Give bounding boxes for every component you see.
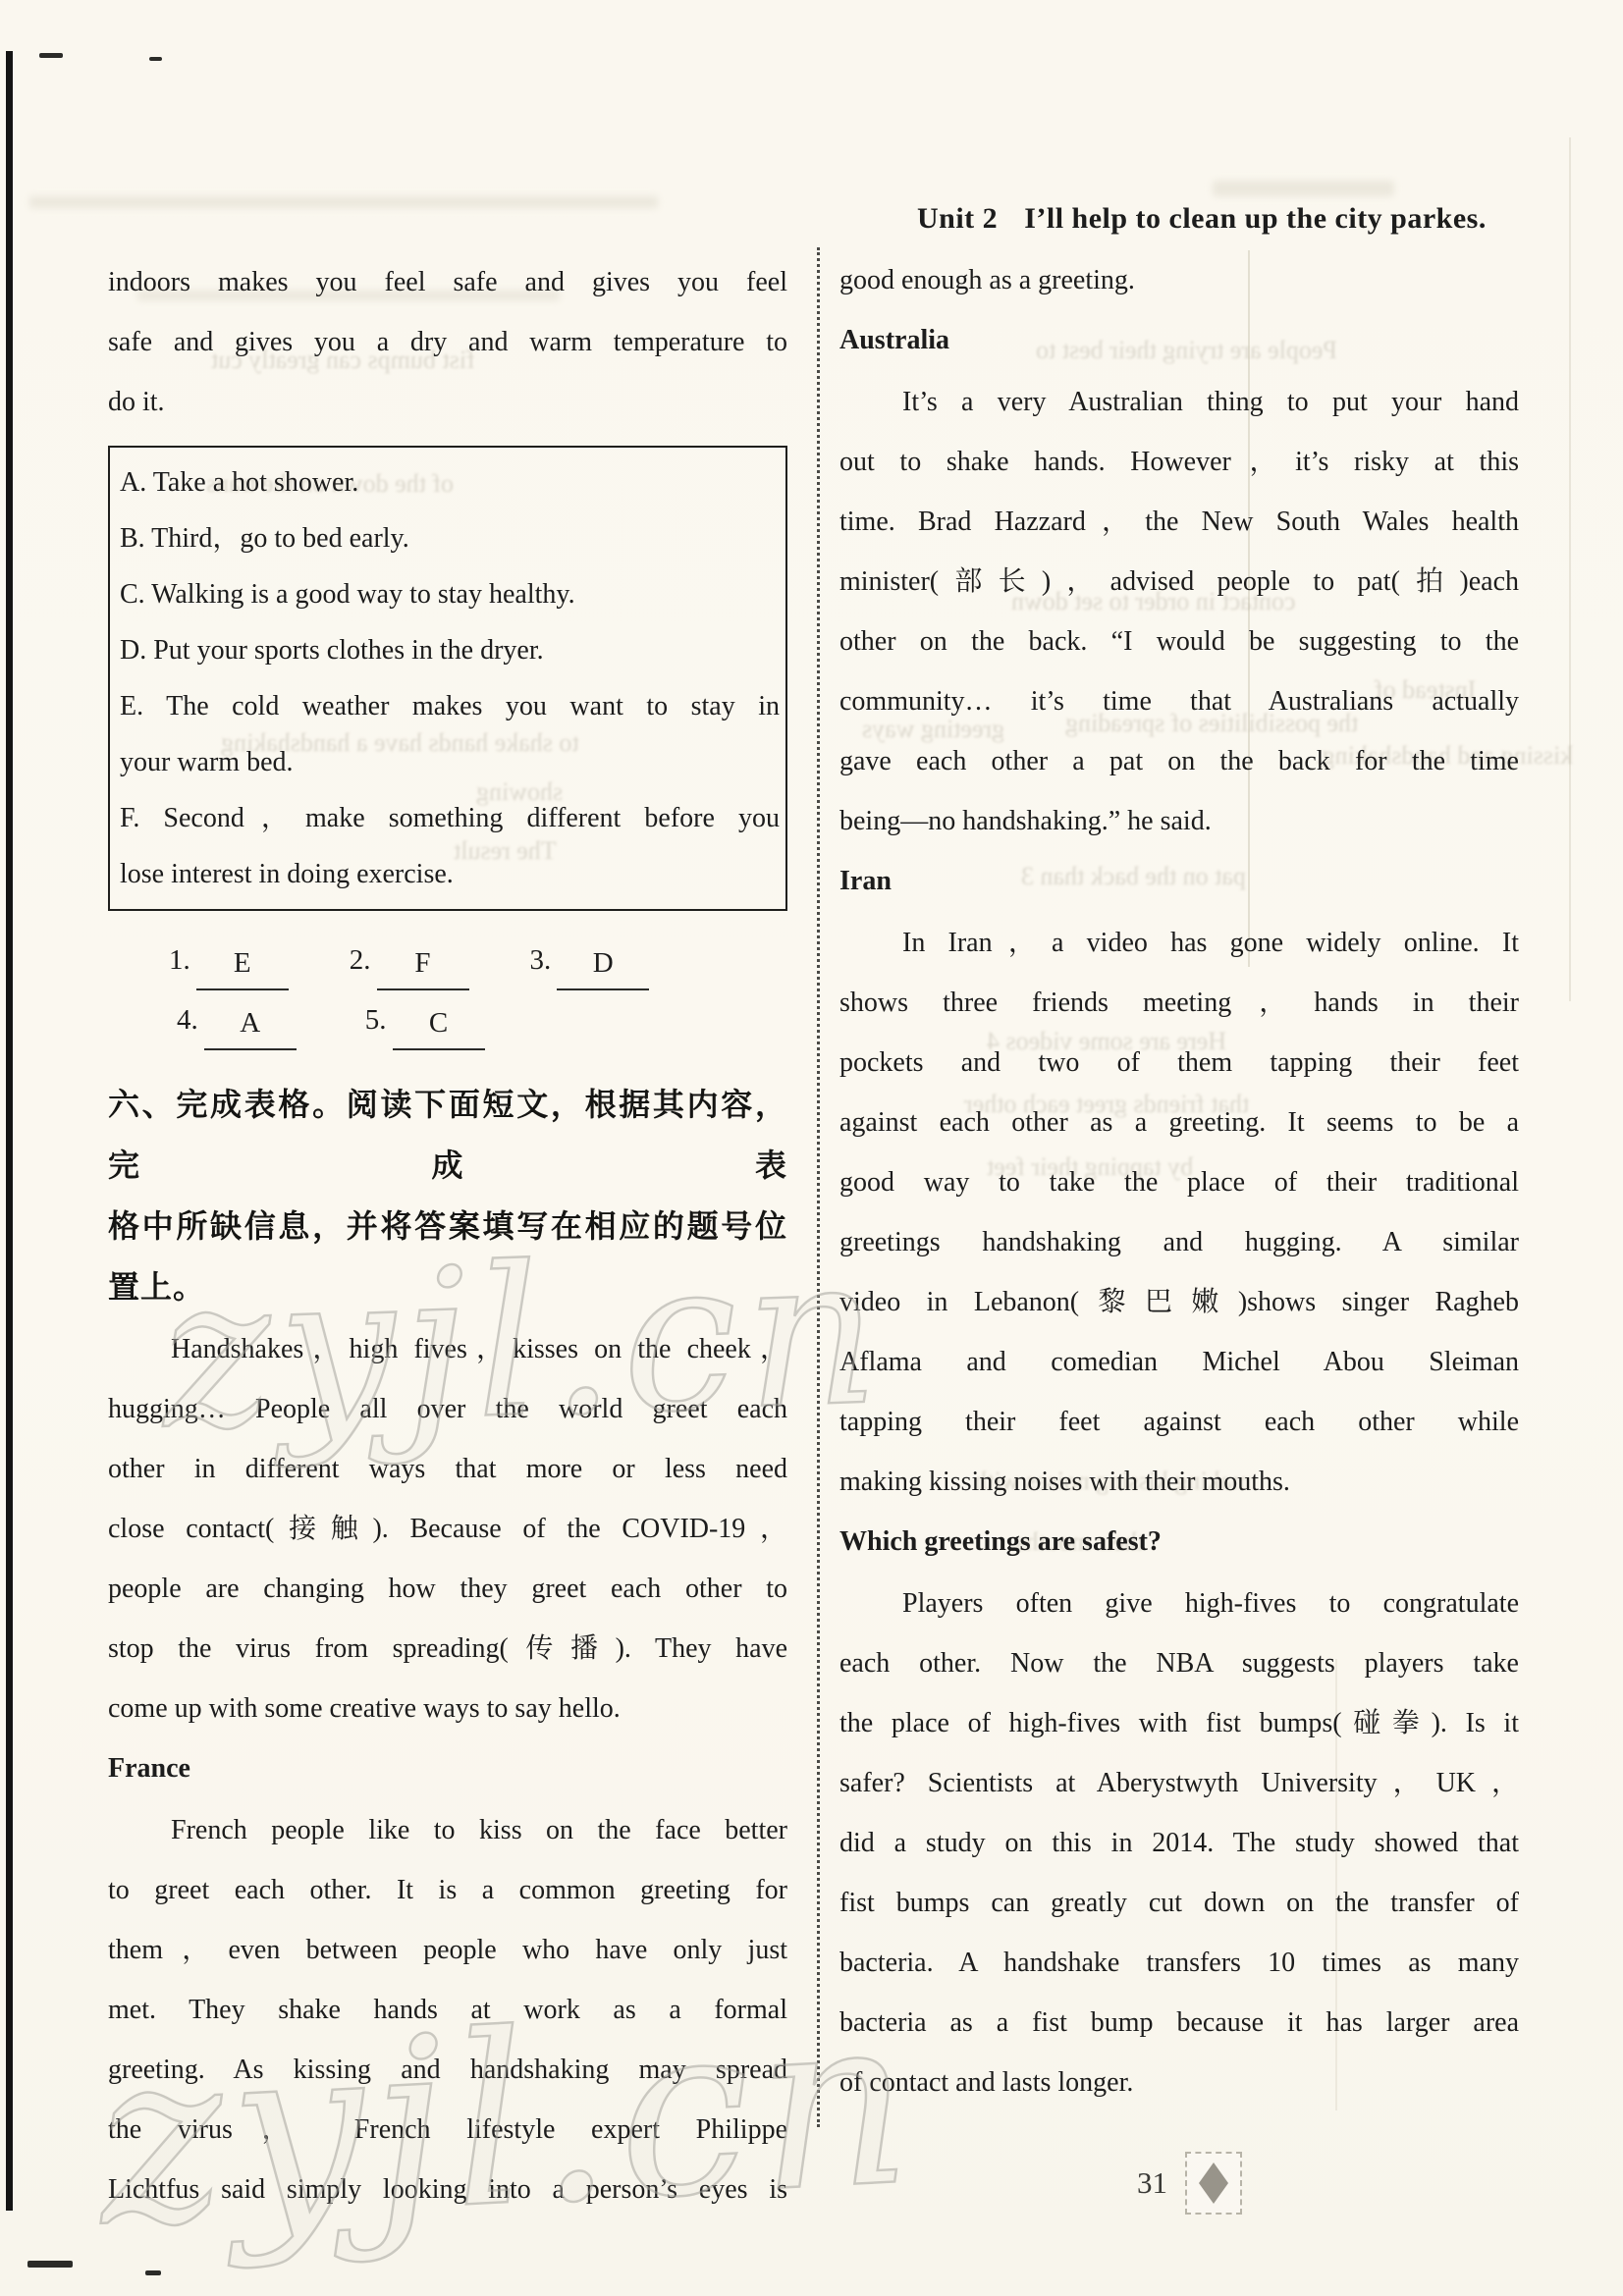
text-line: greetings handshaking and hugging. A sim… [839,1212,1519,1272]
answer-number: 3. [530,931,552,990]
answer-underline: C [393,997,485,1050]
scan-mark [27,2261,73,2268]
option-line: F. Second，make something different befor… [120,790,780,846]
unit-title: I’ll help to clean up the city parkes. [1024,202,1487,235]
answer-item: 1.E [169,931,289,990]
answer-number: 5. [365,990,387,1050]
text-line: good way to take the place of their trad… [839,1152,1519,1212]
section-six-heading: 六、完成表格。阅读下面短文，根据其内容，完成表格中所缺信息，并将答案填写在相应的… [108,1074,787,1317]
scan-mark [39,53,63,58]
page-number: 31 [1137,2165,1167,2201]
text-line: greeting. As kissing and handshaking may… [108,2040,787,2100]
safest-heading: Which greetings are safest? [839,1512,1519,1572]
france-heading: France [108,1738,787,1798]
iran-heading: Iran [839,851,1519,911]
text-line: to greet each other. It is a common gree… [108,1860,787,1920]
option-line: lose interest in doing exercise. [120,846,780,902]
text-line: making kissing noises with their mouths. [839,1452,1519,1512]
text-line: other in different ways that more or les… [108,1439,787,1499]
text-line: of contact and lasts longer. [839,2053,1519,2112]
lead-line: good enough as a greeting. [839,250,1519,310]
text-line: 置上。 [108,1256,787,1317]
text-line: time. Brad Hazzard，the New South Wales h… [839,492,1519,552]
text-line: video in Lebanon(黎巴嫩)shows singer Ragheb [839,1272,1519,1332]
answer-underline: E [196,937,289,990]
iran-paragraph: In Iran，a video has gone widely online. … [839,913,1519,1512]
handshakes-paragraph: Handshakes，high fives，kisses on the chee… [108,1319,787,1738]
text-line: Aflama and comedian Michel Abou Sleiman [839,1332,1519,1392]
text-line: indoors makes you feel safe and gives yo… [108,252,787,312]
australia-paragraph: It’s a very Australian thing to put your… [839,372,1519,851]
answer-item: 5.C [365,990,485,1050]
scan-mark [145,2270,161,2275]
scan-mark [149,57,162,61]
option-line: your warm bed. [120,734,780,790]
text-line: did a study on this in 2014. The study s… [839,1813,1519,1873]
france-paragraph: French people like to kiss on the face b… [108,1800,787,2219]
answer-number: 4. [177,990,198,1050]
unit-number: Unit 2 [917,202,998,235]
text-line: French people like to kiss on the face b… [108,1800,787,1860]
option-line: E. The cold weather makes you want to st… [120,678,780,734]
answer-underline: A [204,997,297,1050]
page-number-badge [1185,2152,1242,2215]
answer-number: 1. [169,931,190,990]
text-line: It’s a very Australian thing to put your… [839,372,1519,432]
text-line: being—no handshaking.” he said. [839,791,1519,851]
text-line: safer? Scientists at Aberystwyth Univers… [839,1753,1519,1813]
bleed-through-line [1569,137,1571,1001]
text-line: each other. Now the NBA suggests players… [839,1633,1519,1693]
text-line: other on the back. “I would be suggestin… [839,612,1519,671]
text-line: the place of high-fives with fist bumps(… [839,1693,1519,1753]
intro-paragraph: indoors makes you feel safe and gives yo… [108,252,787,432]
text-line: the virus， French lifestyle expert Phili… [108,2100,787,2160]
left-column: indoors makes you feel safe and gives yo… [108,250,787,2219]
right-column: good enough as a greeting. Australia It’… [839,250,1519,2112]
answer-item: 2.F [350,931,469,990]
text-line: stop the virus from spreading(传播). They … [108,1619,787,1679]
scan-smear [29,196,658,208]
answers-section: 1.E 2.F 3.D 4.A 5.C [108,931,787,1050]
text-line: Lichtfus said simply looking into a pers… [108,2160,787,2219]
diamond-icon [1199,2163,1228,2204]
text-line: close contact(接触). Because of the COVID-… [108,1499,787,1559]
text-line: 六、完成表格。阅读下面短文，根据其内容，完成表 [108,1074,787,1196]
scanned-workbook-page: fist bumps can greatly cutof the down on… [0,0,1623,2296]
option-line: A. Take a hot shower. [120,454,780,510]
page-footer: 31 [1137,2152,1242,2215]
text-line: hugging… People all over the world greet… [108,1379,787,1439]
answer-item: 3.D [530,931,650,990]
text-line: people are changing how they greet each … [108,1559,787,1619]
text-line: In Iran，a video has gone widely online. … [839,913,1519,973]
text-line: Players often give high-fives to congrat… [839,1574,1519,1633]
text-line: community… it’s time that Australians ac… [839,671,1519,731]
text-line: pockets and two of them tapping their fe… [839,1033,1519,1093]
option-line: B. Third，go to bed early. [120,510,780,566]
text-line: come up with some creative ways to say h… [108,1679,787,1738]
text-line: bacteria as a fist bump because it has l… [839,1993,1519,2053]
text-line: tapping their feet against each other wh… [839,1392,1519,1452]
text-line: against each other as a greeting. It see… [839,1093,1519,1152]
option-line: D. Put your sports clothes in the dryer. [120,622,780,678]
text-line: them，even between people who have only j… [108,1920,787,1980]
scan-smear [1213,181,1394,196]
text-line: do it. [108,372,787,432]
safest-paragraph: Players often give high-fives to congrat… [839,1574,1519,2112]
answers-row-1: 1.E 2.F 3.D [108,931,787,990]
text-line: Handshakes，high fives，kisses on the chee… [108,1319,787,1379]
text-line: shows three friends meeting，hands in the… [839,973,1519,1033]
answer-underline: D [557,937,649,990]
text-line: fist bumps can greatly cut down on the t… [839,1873,1519,1933]
column-divider [817,247,820,2127]
text-line: bacteria. A handshake transfers 10 times… [839,1933,1519,1993]
text-line: minister(部长)，advised people to pat(拍)eac… [839,552,1519,612]
answer-underline: F [377,937,469,990]
text-line: safe and gives you a dry and warm temper… [108,312,787,372]
answer-item: 4.A [177,990,297,1050]
text-line: met. They shake hands at work as a forma… [108,1980,787,2040]
text-line: out to shake hands. However，it’s risky a… [839,432,1519,492]
unit-header: Unit 2I’ll help to clean up the city par… [917,202,1487,236]
answers-row-2: 4.A 5.C [108,990,787,1050]
australia-heading: Australia [839,310,1519,370]
page-left-edge-line [6,51,13,2211]
option-line: C. Walking is a good way to stay healthy… [120,566,780,622]
answer-number: 2. [350,931,371,990]
options-box: A. Take a hot shower.B. Third，go to bed … [108,446,787,911]
text-line: 格中所缺信息，并将答案填写在相应的题号位 [108,1196,787,1256]
text-line: gave each other a pat on the back for th… [839,731,1519,791]
